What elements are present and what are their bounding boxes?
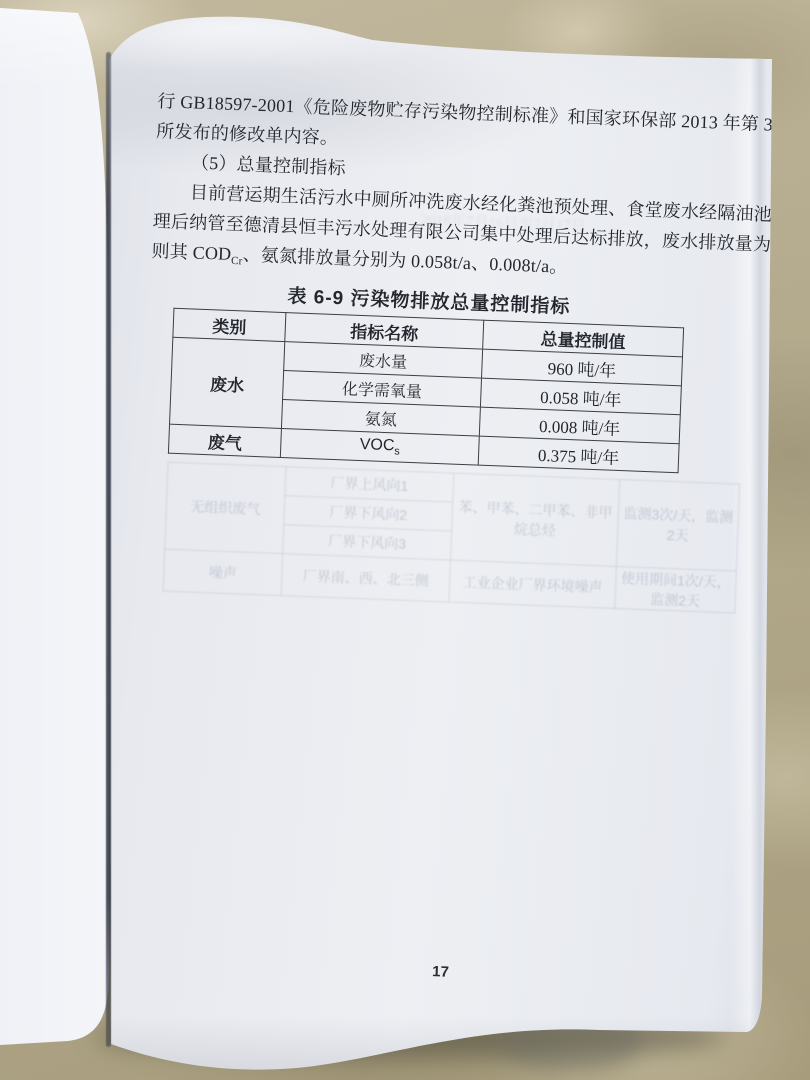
header-category: 类别: [173, 308, 286, 341]
vocs-subscript: s: [394, 445, 400, 457]
bleedthrough-category-1: 无组织废气: [165, 462, 286, 553]
page-content: 2018年7月16日至7月17日 行 GB18597-2001《危险废物贮存污染…: [122, 86, 782, 1049]
bleedthrough-table-grid: 无组织废气 厂界上风向1 苯、甲苯、二甲苯、非甲烷总烃 监测3次/天，监测2天 …: [163, 462, 741, 614]
book-gutter: [106, 52, 111, 1047]
vocs-text: VOC: [359, 436, 394, 454]
indicator-vocs: VOCs: [280, 428, 479, 465]
category-wastewater: 废水: [170, 337, 285, 428]
document-page: 2018年7月16日至7月17日 行 GB18597-2001《危险废物贮存污染…: [0, 0, 810, 1080]
emission-control-table: 类别 指标名称 总量控制值 废水 废水量 960 吨/年 化学需氧量 0.058…: [168, 308, 684, 474]
bleedthrough-table: 无组织废气 厂界上风向1 苯、甲苯、二甲苯、非甲烷总烃 监测3次/天，监测2天 …: [139, 461, 768, 615]
bleedthrough-frequency-2: 使用期间1次/天，监测2天: [615, 566, 737, 613]
bleedthrough-point-4: 厂界南、西、北三侧: [281, 554, 450, 602]
bleedthrough-frequency-1: 监测3次/天，监测2天: [616, 480, 739, 572]
bleedthrough-factors-1: 苯、甲苯、二甲苯、非甲烷总烃: [451, 473, 620, 566]
cod-text-pre: 则其 COD: [151, 241, 231, 264]
cod-subscript: Cr: [231, 255, 243, 267]
cod-text-post: 、氨氮排放量分别为 0.058t/a、0.008t/a。: [242, 244, 568, 276]
bleedthrough-category-2: 噪声: [163, 549, 283, 595]
bleedthrough-factors-2: 工业企业厂界环境噪声: [449, 560, 616, 608]
page-number: 17: [432, 963, 449, 981]
category-wastegas: 废气: [168, 424, 281, 457]
